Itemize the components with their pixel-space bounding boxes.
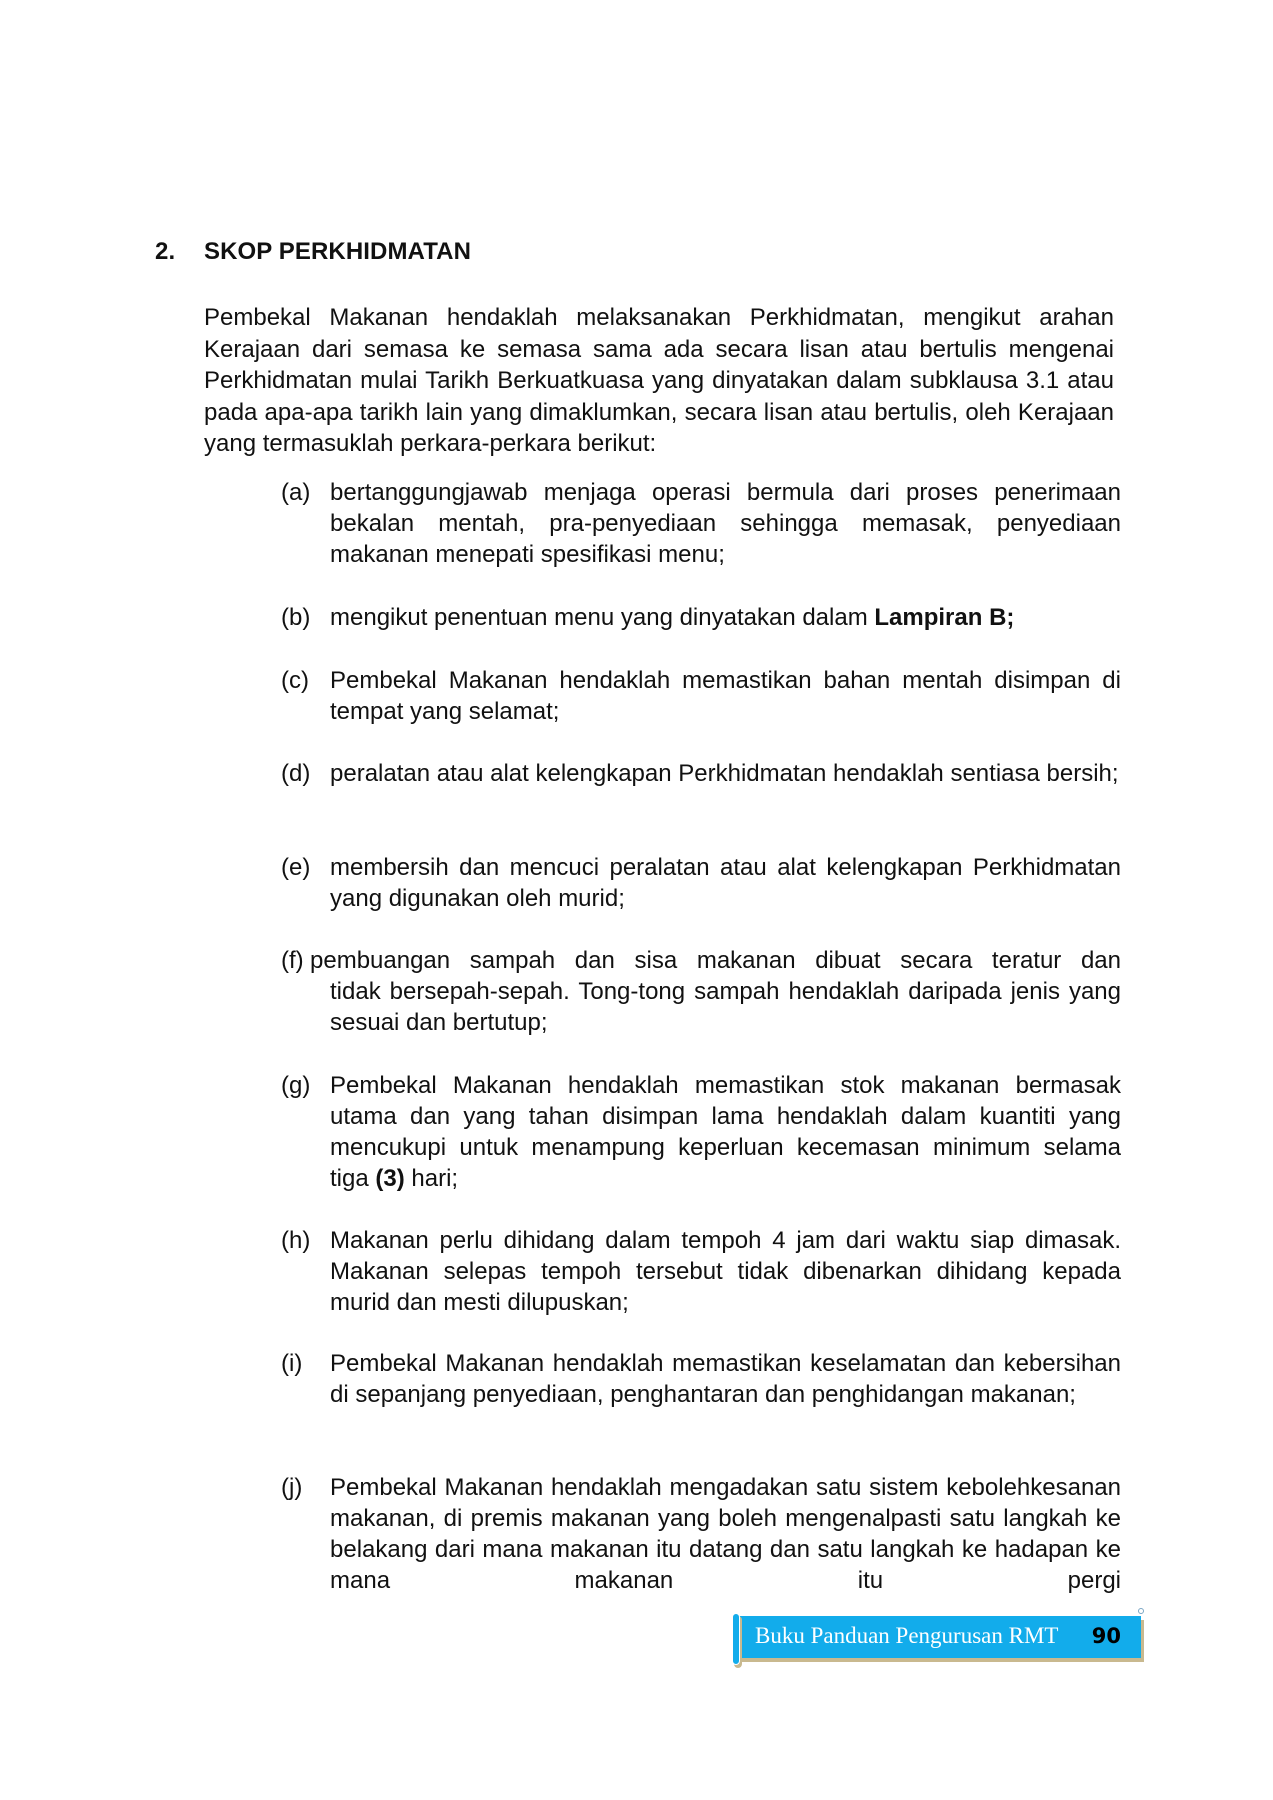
item-label: (a) <box>281 477 310 508</box>
book-title: Buku Panduan Pengurusan RMT <box>755 1623 1058 1649</box>
item-text: peralatan atau alat kelengkapan Perkhidm… <box>330 758 1121 789</box>
list-item-f: (f) pembuangan sampah dan sisa makanan d… <box>281 945 1121 1038</box>
list-item-e: (e) membersih dan mencuci peralatan atau… <box>281 852 1121 914</box>
item-label: (c) <box>281 665 309 696</box>
item-label: (e) <box>281 852 310 883</box>
section-number: 2. <box>155 238 204 266</box>
appendix-reference: Lampiran B; <box>874 604 1014 631</box>
item-text: tidak bersepah-sepah. Tong-tong sampah h… <box>330 976 1121 1038</box>
item-label: (g) <box>281 1070 310 1101</box>
item-text: Pembekal Makanan hendaklah mengadakan sa… <box>330 1472 1121 1596</box>
section-heading: 2.SKOP PERKHIDMATAN <box>155 238 471 266</box>
item-text: mengikut penentuan menu yang dinyatakan … <box>330 602 1121 633</box>
page-number: 90 <box>1092 1624 1121 1648</box>
section-title: SKOP PERKHIDMATAN <box>204 238 471 265</box>
item-text: bertanggungjawab menjaga operasi bermula… <box>330 477 1121 570</box>
list-item-a: (a) bertanggungjawab menjaga operasi ber… <box>281 477 1121 570</box>
list-item-c: (c) Pembekal Makanan hendaklah memastika… <box>281 665 1121 727</box>
section-intro-paragraph: Pembekal Makanan hendaklah melaksanakan … <box>204 302 1114 460</box>
list-item-b: (b) mengikut penentuan menu yang dinyata… <box>281 602 1121 633</box>
list-item-j: (j) Pembekal Makanan hendaklah mengadaka… <box>281 1472 1121 1596</box>
footer-banner: Buku Panduan Pengurusan RMT 90 <box>737 1616 1141 1658</box>
item-label: (j) <box>281 1472 302 1503</box>
item-text: Pembekal Makanan hendaklah memastikan st… <box>330 1070 1121 1194</box>
item-text: membersih dan mencuci peralatan atau ala… <box>330 852 1121 914</box>
item-label: (d) <box>281 758 310 789</box>
list-item-i: (i) Pembekal Makanan hendaklah memastika… <box>281 1348 1121 1410</box>
list-item-h: (h) Makanan perlu dihidang dalam tempoh … <box>281 1225 1121 1318</box>
list-item-d: (d) peralatan atau alat kelengkapan Perk… <box>281 758 1121 789</box>
item-label: (i) <box>281 1348 302 1379</box>
item-label: (f) <box>281 945 304 976</box>
item-text: Makanan perlu dihidang dalam tempoh 4 ja… <box>330 1225 1121 1318</box>
item-label: (b) <box>281 602 310 633</box>
item-text: Pembekal Makanan hendaklah memastikan ke… <box>330 1348 1121 1410</box>
scroll-curl-icon <box>732 1613 740 1665</box>
item-text: Pembekal Makanan hendaklah memastikan ba… <box>330 665 1121 727</box>
item-text-first-line: pembuangan sampah dan sisa makanan dibua… <box>310 945 1121 976</box>
scroll-curl-icon <box>1138 1608 1144 1614</box>
item-label: (h) <box>281 1225 310 1256</box>
list-item-g: (g) Pembekal Makanan hendaklah memastika… <box>281 1070 1121 1194</box>
